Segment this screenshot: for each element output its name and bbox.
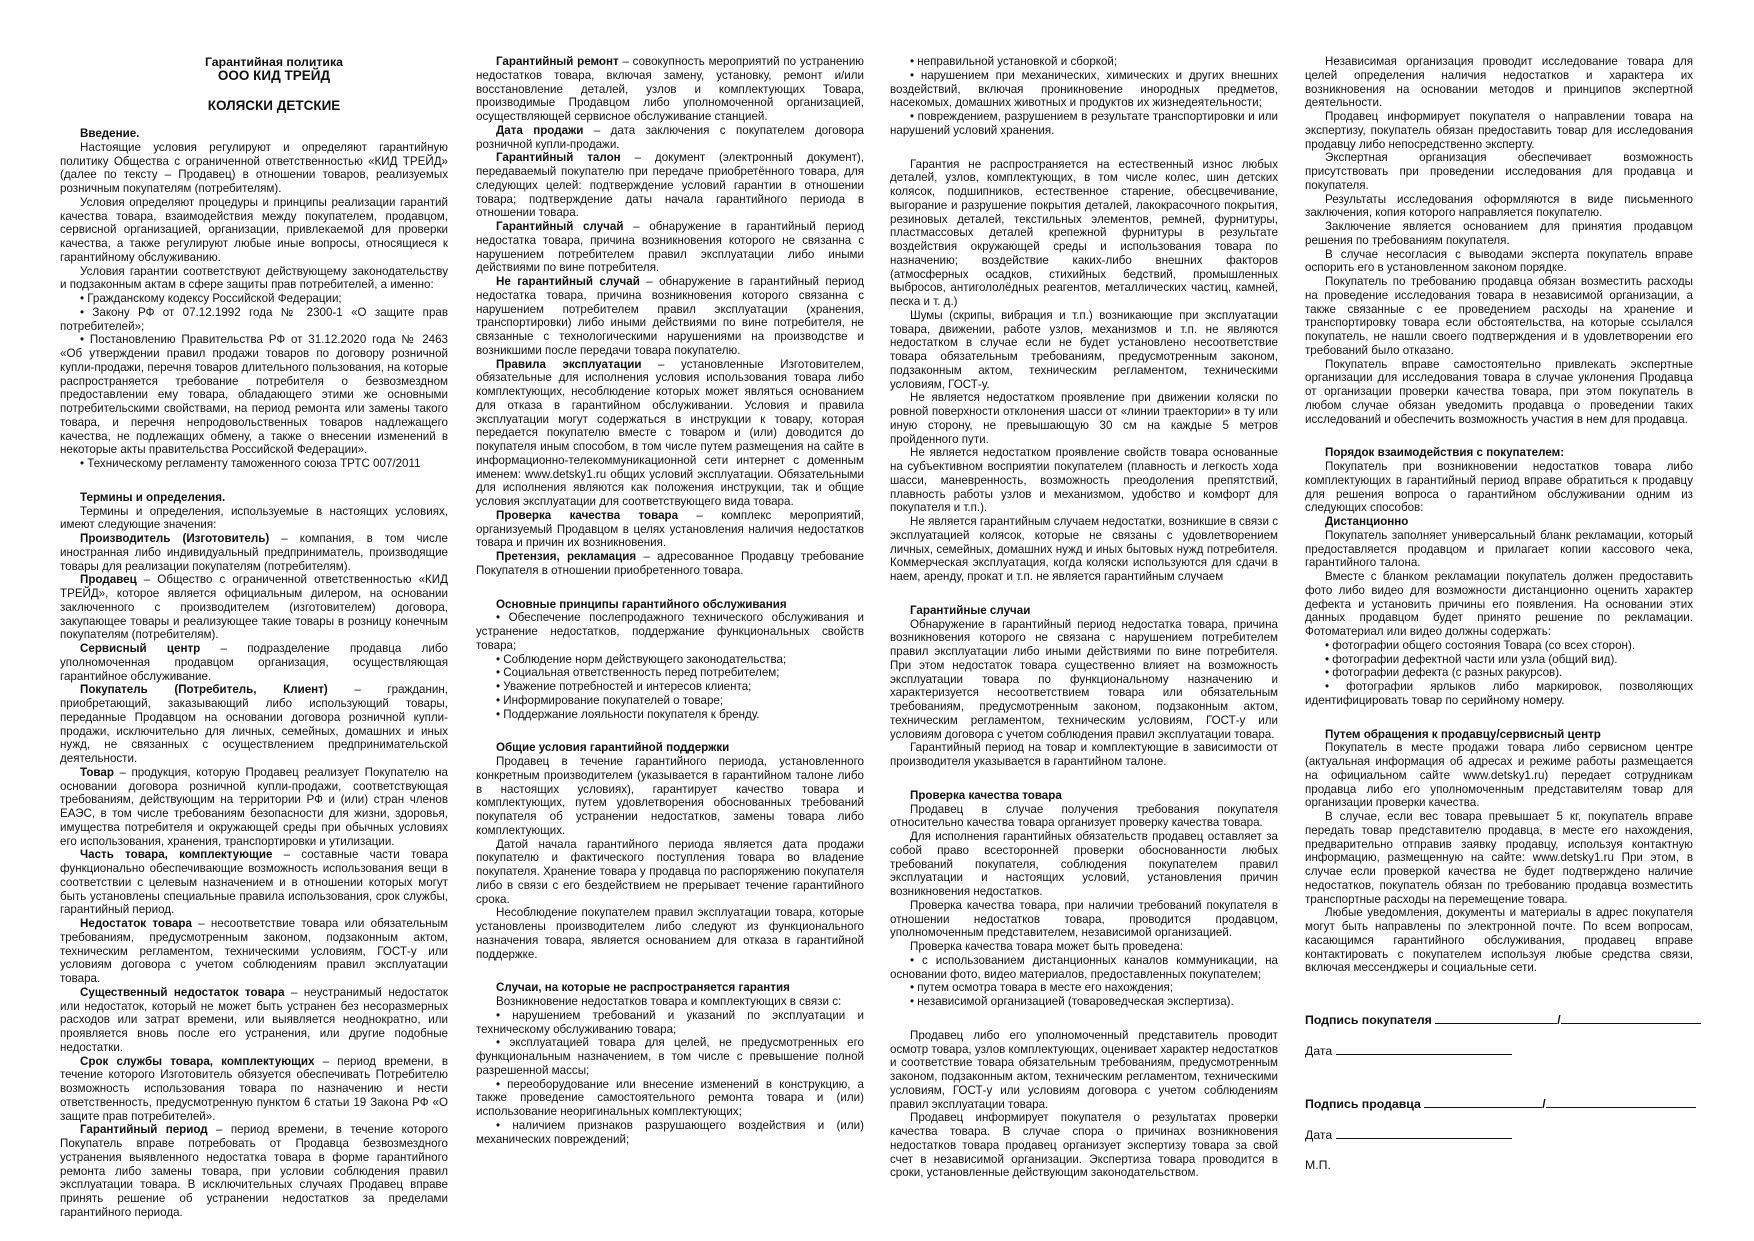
quality-paragraph: Независимая организация проводит исследо… <box>1305 55 1693 110</box>
term-definition: Сервисный центр – подразделение продавца… <box>60 642 448 683</box>
term-definition: Дата продажи – дата заключения с покупат… <box>476 124 864 152</box>
term-name: Проверка качества товара <box>496 509 678 522</box>
quality-paragraph: Продавец информирует покупателя о резуль… <box>890 1111 1278 1180</box>
column-1: Гарантийная политика ООО КИД ТРЕЙД КОЛЯС… <box>60 55 448 1220</box>
service-paragraph: В случае, если вес товара превышает 5 кг… <box>1305 810 1693 906</box>
principles-heading: Основные принципы гарантийного обслужива… <box>476 598 864 612</box>
remote-paragraph: Покупатель заполняет универсальный бланк… <box>1305 529 1693 570</box>
term-name: Недостаток товара <box>80 917 192 930</box>
quality-paragraph: Проверка качества товара, при наличии тр… <box>890 899 1278 940</box>
buyer-date-line <box>1336 1043 1512 1055</box>
document-title: Гарантийная политика ООО КИД ТРЕЙД КОЛЯС… <box>100 55 448 113</box>
term-name: Производитель (Изготовитель) <box>80 532 269 545</box>
term-definition: Гарантийный ремонт – совокупность меропр… <box>476 55 864 124</box>
exclusion-item: • неправильной установкой и сборкой; <box>890 55 1278 69</box>
quality-method-item: • независимой организацией (товароведчес… <box>890 995 1278 1009</box>
document-subtitle: КОЛЯСКИ ДЕТСКИЕ <box>100 99 448 113</box>
term-definition: Не гарантийный случай – обнаружение в га… <box>476 275 864 358</box>
quality-paragraph: Продавец в случае получения требования п… <box>890 803 1278 831</box>
term-name: Претензия, рекламация <box>496 550 636 563</box>
term-name: Покупатель (Потребитель, Клиент) <box>80 683 328 696</box>
exclusion-paragraph: Не является гарантийным случаем недостат… <box>890 515 1278 584</box>
term-name: Срок службы товара, комплектующих <box>80 1055 314 1068</box>
quality-paragraph: Продавец либо его уполномоченный предста… <box>890 1029 1278 1112</box>
general-paragraph: Несоблюдение покупателем правил эксплуат… <box>476 906 864 961</box>
quality-paragraph: Покупатель по требованию продавца обязан… <box>1305 275 1693 358</box>
intro-paragraph: Условия определяют процедуры и принципы … <box>60 196 448 265</box>
quality-paragraph: Заключение является основанием для приня… <box>1305 220 1693 248</box>
quality-paragraph: Покупатель вправе самостоятельно привлек… <box>1305 358 1693 427</box>
quality-paragraph: Для исполнения гарантийных обязательств … <box>890 830 1278 899</box>
exclusion-paragraph: Не является недостатком проявление при д… <box>890 391 1278 446</box>
interaction-heading: Порядок взаимодействия с покупателем: <box>1305 446 1693 460</box>
quality-method-item: • с использованием дистанционных каналов… <box>890 954 1278 982</box>
term-definition: Продавец – Общество с ограниченной ответ… <box>60 573 448 642</box>
exclusion-item: • нарушением при механических, химически… <box>890 69 1278 110</box>
signature-block: Подпись покупателя / Дата Подпись продав… <box>1305 1012 1725 1172</box>
intro-heading: Введение. <box>60 127 448 141</box>
term-definition: Недостаток товара – несоответствие товар… <box>60 917 448 986</box>
interaction-intro: Покупатель при возникновении недостатков… <box>1305 460 1693 515</box>
exclusion-paragraph: Не является недостатком проявление свойс… <box>890 446 1278 515</box>
term-definition: Претензия, рекламация – адресованное Про… <box>476 550 864 578</box>
law-item: • Постановлению Правительства РФ от 31.1… <box>60 333 448 457</box>
term-name: Продавец <box>80 573 137 586</box>
exclusions-intro: Возникновение недостатков товара и компл… <box>476 995 864 1009</box>
term-name: Правила эксплуатации <box>496 358 641 371</box>
title-line-2: ООО КИД ТРЕЙД <box>100 69 448 83</box>
column-3: • неправильной установкой и сборкой; • н… <box>890 55 1278 1180</box>
column-4: Независимая организация проводит исследо… <box>1305 55 1693 975</box>
term-definition: Производитель (Изготовитель) – компания,… <box>60 532 448 573</box>
terms-heading: Термины и определения. <box>60 491 448 505</box>
seller-name-line <box>1546 1096 1696 1108</box>
exclusion-item: • наличием признаков разрушающего воздей… <box>476 1119 864 1147</box>
column-2: Гарантийный ремонт – совокупность меропр… <box>476 55 864 1146</box>
exclusions-heading: Случаи, на которые не распространяется г… <box>476 981 864 995</box>
term-definition: Существенный недостаток товара – неустра… <box>60 986 448 1055</box>
service-heading: Путем обращения к продавцу/сервисный цен… <box>1305 728 1693 742</box>
terms-intro: Термины и определения, используемые в на… <box>60 505 448 533</box>
cases-paragraph: Обнаружение в гарантийный период недоста… <box>890 618 1278 742</box>
cases-paragraph: Гарантийный период на товар и комплектую… <box>890 741 1278 769</box>
quality-heading: Проверка качества товара <box>890 789 1278 803</box>
term-definition: Правила эксплуатации – установленные Изг… <box>476 358 864 509</box>
photo-requirement-item: • фотографии дефекта (с разных ракурсов)… <box>1305 666 1693 680</box>
buyer-name-line <box>1561 1012 1701 1024</box>
buyer-signature-line <box>1435 1012 1557 1024</box>
term-name: Дата продажи <box>496 124 583 137</box>
term-name: Не гарантийный случай <box>496 275 640 288</box>
term-definition: Срок службы товара, комплектующих – пери… <box>60 1055 448 1124</box>
exclusion-item: • переоборудование или внесение изменени… <box>476 1078 864 1119</box>
intro-paragraph: Настоящие условия регулируют и определяю… <box>60 141 448 196</box>
quality-paragraph: Экспертная организация обеспечивает возм… <box>1305 151 1693 192</box>
term-definition: Гарантийный период – период времени, в т… <box>60 1123 448 1219</box>
remote-heading: Дистанционно <box>1305 515 1693 529</box>
principle-item: • Соблюдение норм действующего законодат… <box>476 653 864 667</box>
quality-paragraph: В случае несогласия с выводами эксперта … <box>1305 248 1693 276</box>
cases-heading: Гарантийные случаи <box>890 604 1278 618</box>
stamp-label: М.П. <box>1305 1158 1725 1172</box>
photo-requirement-item: • фотографии ярлыков либо маркировок, по… <box>1305 680 1693 708</box>
exclusion-item: • эксплуатацией товара для целей, не пре… <box>476 1036 864 1077</box>
service-paragraph: Покупатель в месте продажи товара либо с… <box>1305 741 1693 810</box>
term-definition: Проверка качества товара – комплекс меро… <box>476 509 864 550</box>
term-name: Гарантийный ремонт <box>496 55 619 68</box>
title-line-1: Гарантийная политика <box>100 55 448 69</box>
term-definition: Гарантийный талон – документ (электронны… <box>476 151 864 220</box>
intro-paragraph: Условия гарантии соответствуют действующ… <box>60 265 448 293</box>
principle-item: • Поддержание лояльности покупателя к бр… <box>476 708 864 722</box>
seller-signature-line <box>1424 1096 1542 1108</box>
exclusion-item: • повреждением, разрушением в результате… <box>890 110 1278 138</box>
law-item: • Техническому регламенту таможенного со… <box>60 457 448 471</box>
term-name: Гарантийный период <box>80 1123 208 1136</box>
term-definition: Покупатель (Потребитель, Клиент) – гражд… <box>60 683 448 766</box>
quality-method-item: • путем осмотра товара в месте его нахож… <box>890 981 1278 995</box>
quality-paragraph: Продавец информирует покупателя о направ… <box>1305 110 1693 151</box>
term-definition: Товар – продукция, которую Продавец реал… <box>60 766 448 849</box>
term-definition: Часть товара, комплектующие – составные … <box>60 848 448 917</box>
seller-signature-field[interactable]: Подпись продавца / <box>1305 1096 1725 1111</box>
law-item: • Гражданскому кодексу Российской Федера… <box>60 292 448 306</box>
exclusion-item: • нарушением требований и указаний по эк… <box>476 1009 864 1037</box>
quality-paragraph: Результаты исследования оформляются в ви… <box>1305 193 1693 221</box>
warranty-policy-document: Гарантийная политика ООО КИД ТРЕЙД КОЛЯС… <box>0 0 1754 1241</box>
term-name: Товар <box>80 766 114 779</box>
service-paragraph: Любые уведомления, документы и материалы… <box>1305 906 1693 975</box>
photo-requirement-item: • фотографии общего состояния Товара (со… <box>1305 639 1693 653</box>
term-name: Часть товара, комплектующие <box>80 848 272 861</box>
buyer-date-field[interactable]: Дата <box>1305 1043 1725 1058</box>
exclusion-paragraph: Гарантия не распространяется на естестве… <box>890 158 1278 309</box>
remote-paragraph: Вместе с бланком рекламации покупатель д… <box>1305 570 1693 639</box>
term-name: Сервисный центр <box>80 642 200 655</box>
general-heading: Общие условия гарантийной поддержки <box>476 741 864 755</box>
buyer-signature-field[interactable]: Подпись покупателя / <box>1305 1012 1725 1027</box>
law-item: • Закону РФ от 07.12.1992 года № 2300-1 … <box>60 306 448 334</box>
term-name: Гарантийный случай <box>496 220 623 233</box>
principle-item: • Обеспечение послепродажного техническо… <box>476 611 864 652</box>
general-paragraph: Датой начала гарантийного периода являет… <box>476 838 864 907</box>
term-name: Гарантийный талон <box>496 151 621 164</box>
principle-item: • Уважение потребностей и интересов клие… <box>476 680 864 694</box>
general-paragraph: Продавец в течение гарантийного периода,… <box>476 755 864 838</box>
seller-date-line <box>1336 1127 1512 1139</box>
quality-paragraph: Проверка качества товара может быть пров… <box>890 940 1278 954</box>
seller-date-field[interactable]: Дата <box>1305 1127 1725 1142</box>
photo-requirement-item: • фотографии дефектной части или узла (о… <box>1305 653 1693 667</box>
term-definition: Гарантийный случай – обнаружение в гаран… <box>476 220 864 275</box>
principle-item: • Социальная ответственность перед потре… <box>476 666 864 680</box>
term-name: Существенный недостаток товара <box>80 986 285 999</box>
principle-item: • Информирование покупателей о товаре; <box>476 694 864 708</box>
exclusion-paragraph: Шумы (скрипы, вибрация и т.п.) возникающ… <box>890 309 1278 392</box>
